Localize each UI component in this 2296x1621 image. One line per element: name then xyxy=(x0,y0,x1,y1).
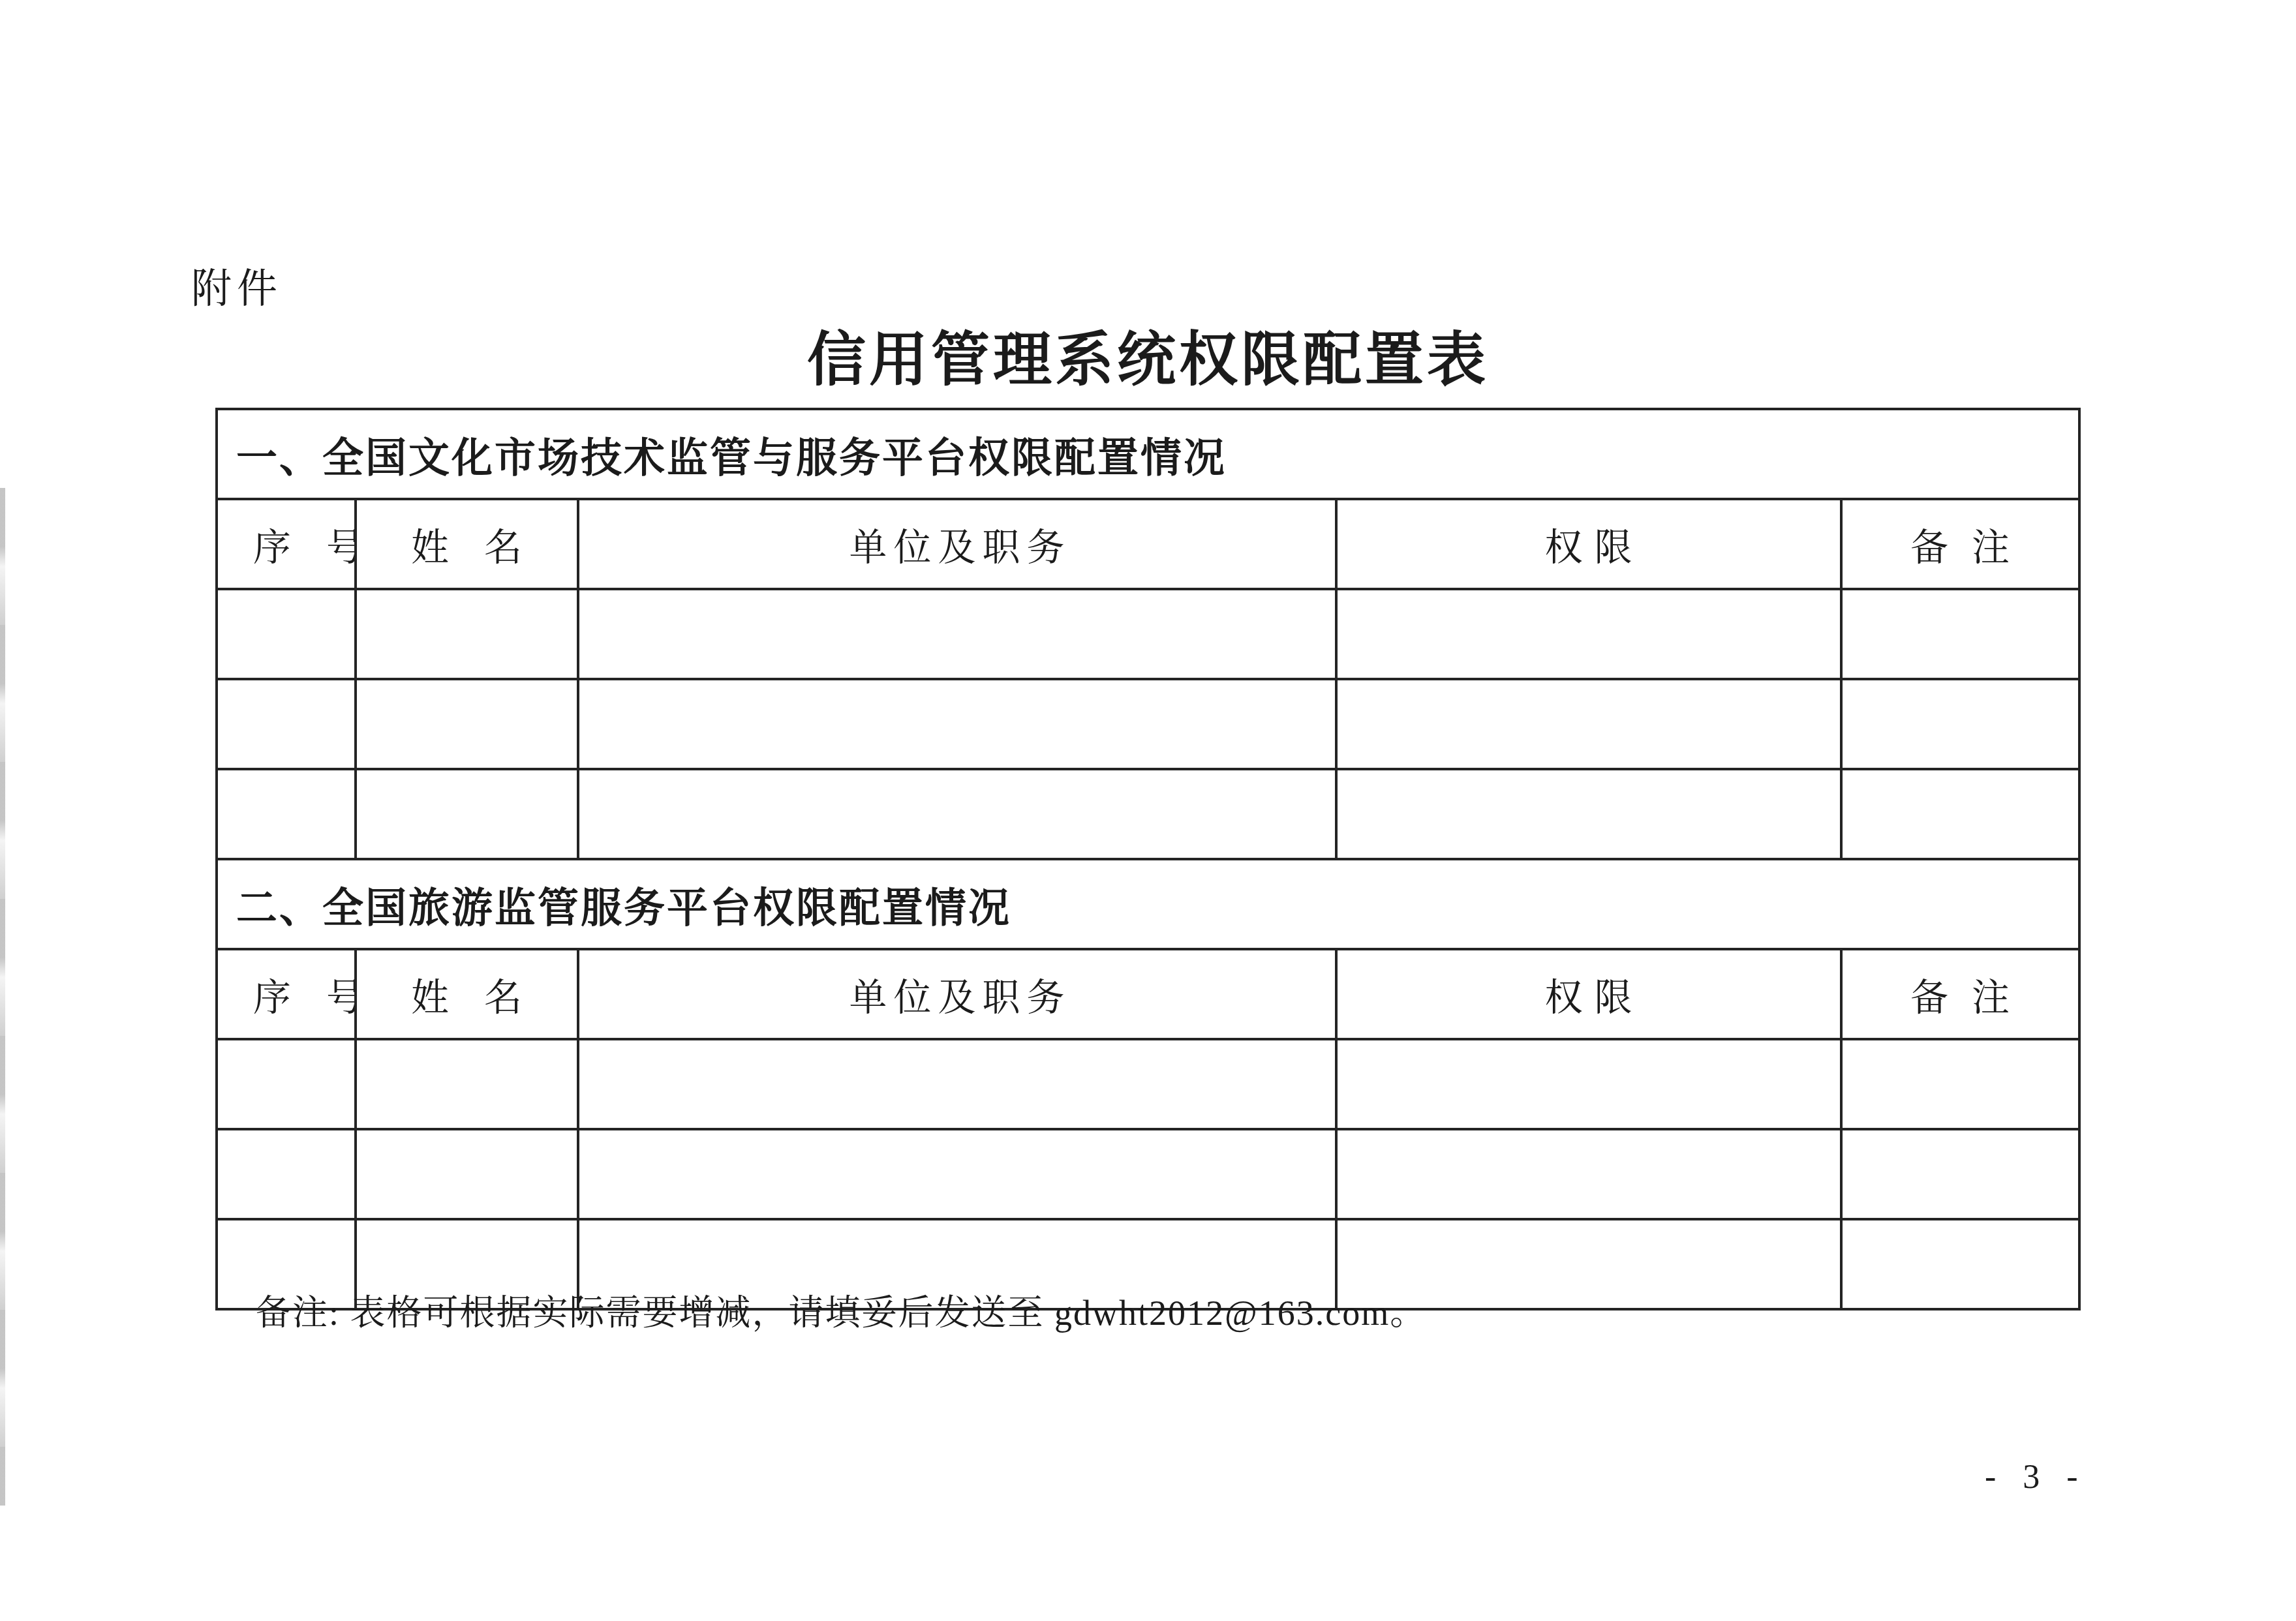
table-cell-empty xyxy=(1841,589,2079,679)
table-cell-empty xyxy=(356,679,578,769)
attachment-label: 附件 xyxy=(191,267,283,312)
column-header-permission: 权限 xyxy=(1336,949,1841,1039)
column-header-unit-and-position: 单位及职务 xyxy=(578,949,1336,1039)
section-2-row: 二、全国旅游监管服务平台权限配置情况 xyxy=(217,859,2079,949)
section-2-column-headers: 序号 姓名 单位及职务 权限 备注 xyxy=(217,949,2079,1039)
column-header-unit-and-position: 单位及职务 xyxy=(578,499,1336,589)
table-cell-empty xyxy=(1841,679,2079,769)
table-cell-empty xyxy=(1336,1129,1841,1219)
table-cell-empty xyxy=(1841,1219,2079,1309)
page-title: 信用管理系统权限配置表 xyxy=(0,328,2296,393)
column-header-remarks: 备注 xyxy=(1841,499,2079,589)
table-cell-empty xyxy=(356,1039,578,1129)
table-row xyxy=(217,1039,2079,1129)
table-cell-empty xyxy=(1336,769,1841,859)
table-row xyxy=(217,589,2079,679)
section-1-row: 一、全国文化市场技术监管与服务平台权限配置情况 xyxy=(217,409,2079,499)
table-cell-empty xyxy=(578,589,1336,679)
table-cell-empty xyxy=(217,769,356,859)
scan-artifact-line xyxy=(0,488,5,1506)
section-1-heading: 一、全国文化市场技术监管与服务平台权限配置情况 xyxy=(217,409,2079,499)
table-cell-empty xyxy=(1336,589,1841,679)
table-cell-empty xyxy=(1841,1129,2079,1219)
table-cell-empty xyxy=(578,679,1336,769)
table-cell-empty xyxy=(578,769,1336,859)
column-header-permission: 权限 xyxy=(1336,499,1841,589)
page-number: - 3 - xyxy=(1985,1459,2087,1496)
table-cell-empty xyxy=(578,1039,1336,1129)
section-1-column-headers: 序号 姓名 单位及职务 权限 备注 xyxy=(217,499,2079,589)
column-header-serial-number: 序号 xyxy=(217,949,356,1039)
column-header-serial-number: 序号 xyxy=(217,499,356,589)
column-header-name: 姓名 xyxy=(356,949,578,1039)
table-cell-empty xyxy=(217,1129,356,1219)
table-cell-empty xyxy=(356,1129,578,1219)
column-header-remarks: 备注 xyxy=(1841,949,2079,1039)
footnote: 备注: 表格可根据实际需要增减，请填妥后发送至 gdwht2012@163.co… xyxy=(256,1292,1426,1335)
table-cell-empty xyxy=(578,1129,1336,1219)
table-row xyxy=(217,1129,2079,1219)
table-cell-empty xyxy=(1336,679,1841,769)
table-row xyxy=(217,769,2079,859)
section-2-heading: 二、全国旅游监管服务平台权限配置情况 xyxy=(217,859,2079,949)
table-row xyxy=(217,679,2079,769)
table-cell-empty xyxy=(1336,1039,1841,1129)
table-cell-empty xyxy=(356,589,578,679)
table-cell-empty xyxy=(217,1039,356,1129)
table-cell-empty xyxy=(217,679,356,769)
table-cell-empty xyxy=(1841,1039,2079,1129)
table-cell-empty xyxy=(1841,769,2079,859)
table-cell-empty xyxy=(217,589,356,679)
table-cell-empty xyxy=(356,769,578,859)
column-header-name: 姓名 xyxy=(356,499,578,589)
permission-table: 一、全国文化市场技术监管与服务平台权限配置情况 序号 姓名 单位及职务 权限 备… xyxy=(215,408,2081,1310)
